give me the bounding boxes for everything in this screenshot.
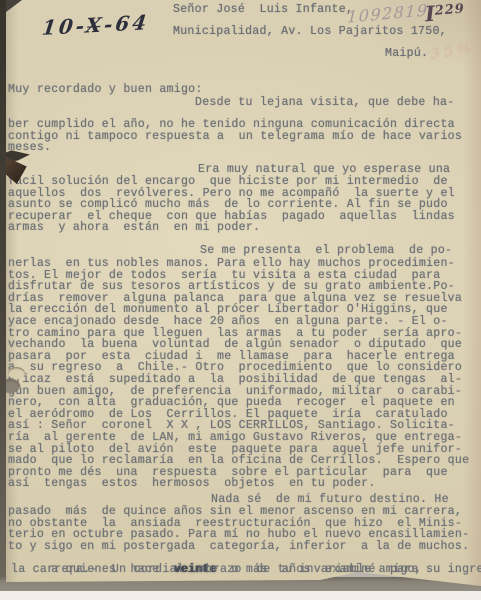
paragraph-2-lines: fácil solución del encargo que hiciste p… [8, 176, 455, 234]
paragraph-4-last-line: la carrera.- Un cordial abrazo de tu inv… [11, 564, 422, 576]
header-address: Municipalidad, Av. Los Pajaritos 1750, [173, 26, 447, 38]
scanned-letter: 10-X̶-64 1092819 I229 35% Señor José Lui… [0, 0, 481, 600]
paragraph-4-first-line: Nada sé de mi futuro destino. He [211, 494, 449, 506]
archive-code-annotation: I229 [424, 0, 466, 26]
archive-code-digits: 229 [434, 2, 465, 19]
paragraph-1-first-line: Desde tu lejana visita, que debe ha- [195, 97, 454, 109]
paragraph-4-lines: pasado más de quince años sin el menor a… [8, 506, 469, 552]
paper-hole-light [8, 367, 25, 379]
paragraph-1-lines: ber cumplido el año, no he tenido ningun… [8, 119, 462, 154]
scan-bottom-white-strip [0, 591, 481, 600]
paragraph-3-lines: nerlas en tus nobles manos. Para ello ha… [8, 258, 469, 490]
handwritten-date: 10-X̶-64 [41, 10, 151, 40]
paragraph-3-first-line: Se me presenta el problema de po- [200, 245, 452, 257]
header-city: Maipú. [385, 48, 428, 60]
salutation: Muy recordado y buen amigo: [8, 84, 203, 96]
letter-paper: 10-X̶-64 1092819 I229 35% Señor José Lui… [0, 0, 481, 600]
header-recipient: Señor José Luis Infante, [173, 4, 353, 16]
paragraph-2-first-line: Era muy natural que yo esperase una [198, 164, 450, 176]
